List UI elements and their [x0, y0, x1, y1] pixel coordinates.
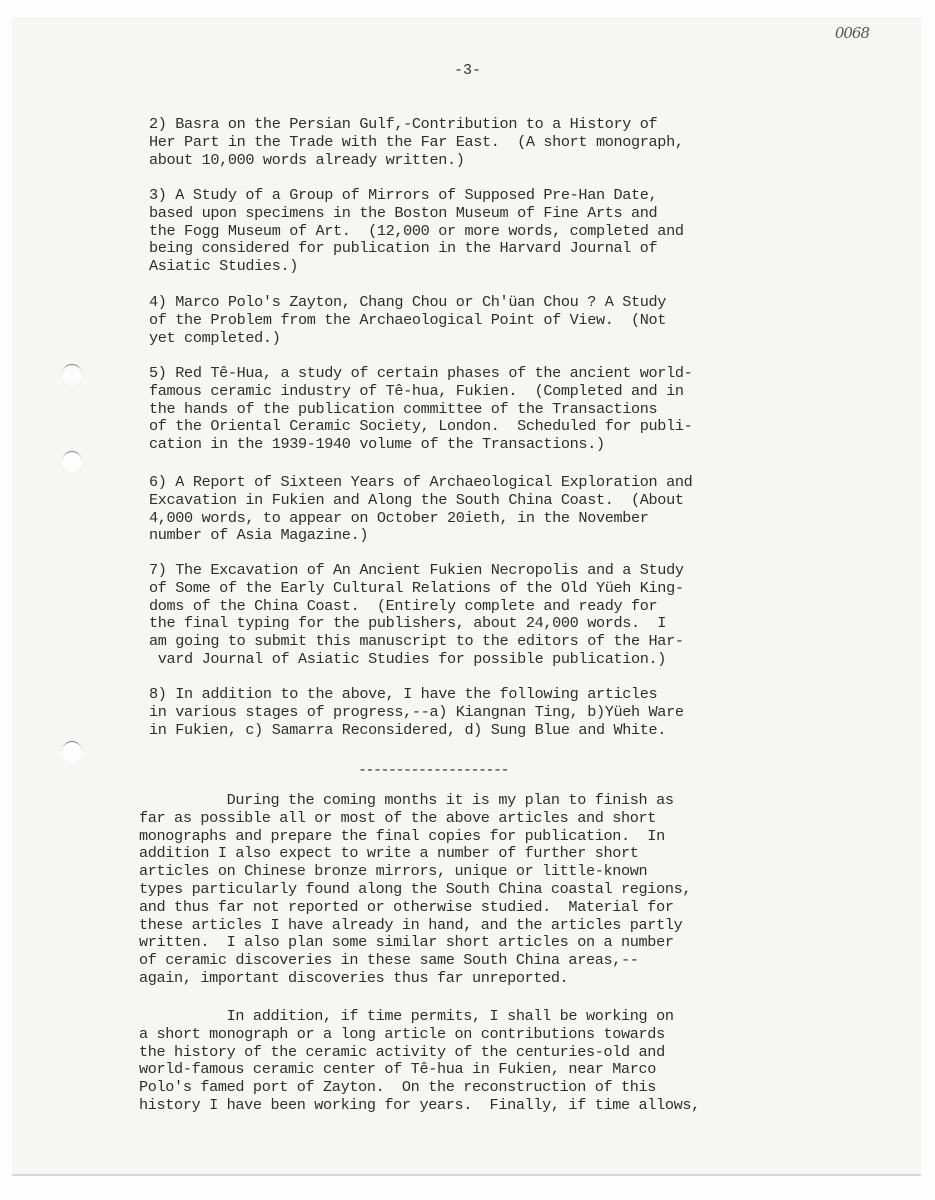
folio-number: 0068 [835, 24, 869, 42]
punch-hole [62, 451, 82, 472]
list-item-6: 6) A Report of Sixteen Years of Archaeol… [149, 474, 829, 545]
paragraph-plans: During the coming months it is my plan t… [139, 792, 839, 988]
page-number: -3- [0, 62, 935, 79]
list-item-5: 5) Red Tê-Hua, a study of certain phases… [149, 365, 829, 454]
list-item-2: 2) Basra on the Persian Gulf,-Contributi… [149, 116, 829, 169]
punch-hole [62, 364, 82, 385]
punch-hole [62, 741, 82, 762]
list-item-4: 4) Marco Polo's Zayton, Chang Chou or Ch… [149, 294, 829, 347]
paragraph-additional: In addition, if time permits, I shall be… [139, 1008, 839, 1115]
section-separator: -------------------- [358, 762, 508, 779]
list-item-7: 7) The Excavation of An Ancient Fukien N… [149, 562, 829, 669]
list-item-8: 8) In addition to the above, I have the … [149, 686, 829, 739]
list-item-3: 3) A Study of a Group of Mirrors of Supp… [149, 187, 829, 276]
